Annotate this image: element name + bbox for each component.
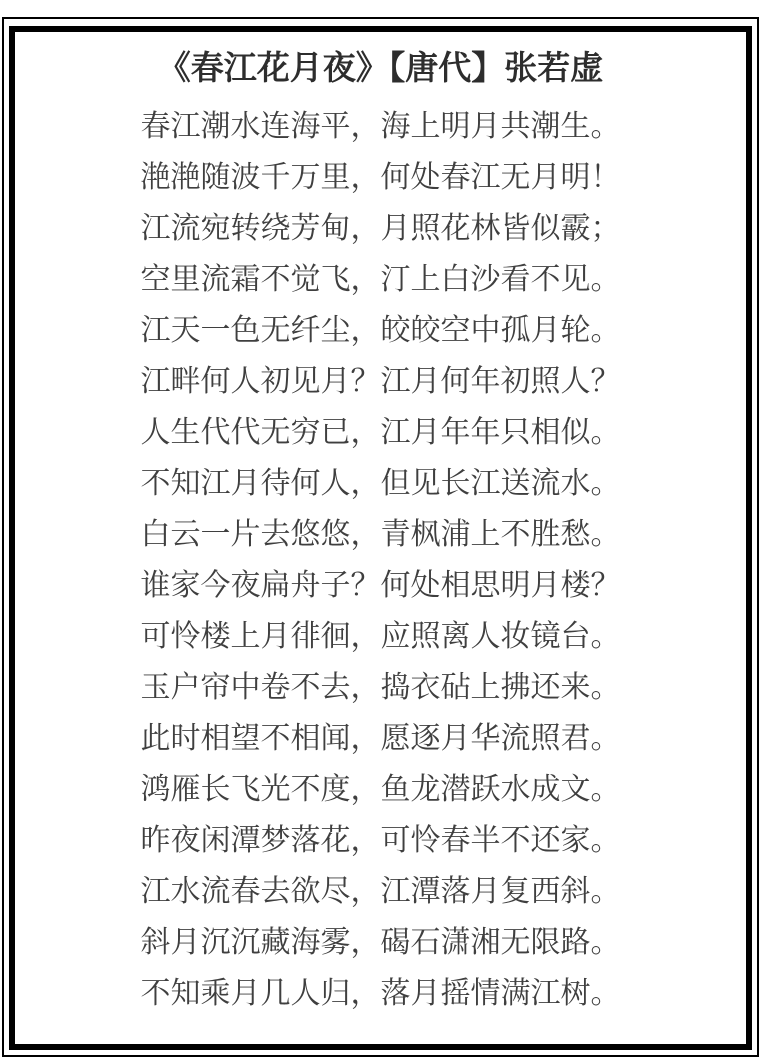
outer-border-frame: 《春江花月夜》【唐代】张若虚 春江潮水连海平，海上明月共潮生。滟滟随波千万里，何… — [2, 17, 759, 1057]
poem-line: 不知乘月几人归，落月摇情满江树。 — [15, 968, 746, 1019]
poem-line: 此时相望不相闻，愿逐月华流照君。 — [15, 713, 746, 764]
poem-lines: 春江潮水连海平，海上明月共潮生。滟滟随波千万里，何处春江无月明！江流宛转绕芳甸，… — [15, 101, 746, 1019]
poem-line: 斜月沉沉藏海雾，碣石潇湘无限路。 — [15, 917, 746, 968]
poem-line: 鸿雁长飞光不度，鱼龙潜跃水成文。 — [15, 764, 746, 815]
poem-line: 滟滟随波千万里，何处春江无月明！ — [15, 152, 746, 203]
poem-line: 江天一色无纤尘，皎皎空中孤月轮。 — [15, 305, 746, 356]
inner-border-frame: 《春江花月夜》【唐代】张若虚 春江潮水连海平，海上明月共潮生。滟滟随波千万里，何… — [9, 26, 752, 1050]
poem-line: 昨夜闲潭梦落花，可怜春半不还家。 — [15, 815, 746, 866]
poem-line: 江流宛转绕芳甸，月照花林皆似霰； — [15, 203, 746, 254]
poem-line: 玉户帘中卷不去，捣衣砧上拂还来。 — [15, 662, 746, 713]
poem-line: 可怜楼上月徘徊，应照离人妆镜台。 — [15, 611, 746, 662]
poem-line: 人生代代无穷已，江月年年只相似。 — [15, 407, 746, 458]
poem-line: 不知江月待何人，但见长江送流水。 — [15, 458, 746, 509]
poem-container: 《春江花月夜》【唐代】张若虚 春江潮水连海平，海上明月共潮生。滟滟随波千万里，何… — [15, 32, 746, 1019]
poem-line: 空里流霜不觉飞，汀上白沙看不见。 — [15, 254, 746, 305]
poem-title: 《春江花月夜》【唐代】张若虚 — [15, 48, 746, 88]
poem-line: 谁家今夜扁舟子？何处相思明月楼？ — [15, 560, 746, 611]
poem-line: 春江潮水连海平，海上明月共潮生。 — [15, 101, 746, 152]
document-page: 《春江花月夜》【唐代】张若虚 春江潮水连海平，海上明月共潮生。滟滟随波千万里，何… — [0, 0, 760, 1060]
poem-line: 白云一片去悠悠，青枫浦上不胜愁。 — [15, 509, 746, 560]
poem-line: 江畔何人初见月？江月何年初照人？ — [15, 356, 746, 407]
poem-line: 江水流春去欲尽，江潭落月复西斜。 — [15, 866, 746, 917]
